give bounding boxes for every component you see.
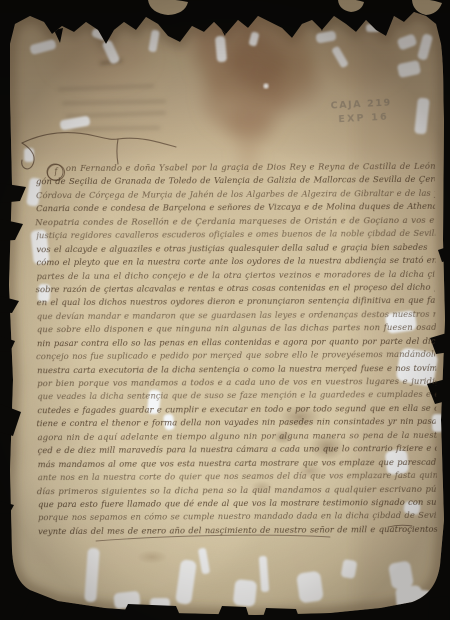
manuscript-line: Córdova de Córçega de Murçia de Jahén de… bbox=[36, 187, 435, 203]
manuscript-line: sobre razón de çiertas alcavalas e renta… bbox=[36, 281, 435, 297]
manuscript-line: on Fernando e doña Ysabel por la graçia … bbox=[36, 160, 435, 176]
manuscript-text-block: on Fernando e doña Ysabel por la graçia … bbox=[36, 160, 437, 539]
manuscript-line: veynte días del mes de enero año del nas… bbox=[38, 523, 437, 539]
manuscript-line: agora nin de aquí adelante en tiempo alg… bbox=[37, 429, 436, 445]
manuscript-line: conçejo nos fue suplicado e pedido por m… bbox=[36, 348, 435, 364]
manuscript-line: que veades la dicha sentençia que de sus… bbox=[37, 388, 436, 404]
manuscript-line: que sobre ello disponen e que ninguna ni… bbox=[37, 321, 436, 337]
manuscript-line: porque nos sepamos en cómo se cumple nue… bbox=[38, 509, 437, 525]
manuscript-line: días primeros siguientes so la dicha pen… bbox=[37, 482, 436, 498]
manuscript-line: justiçia regidores cavalleros escuderos … bbox=[36, 227, 435, 243]
archive-photo: CAJA 219 EXP 16 f on Fernando e doña Ysa… bbox=[0, 0, 450, 620]
archive-box-number: CAJA 219 bbox=[330, 97, 392, 111]
archive-label: CAJA 219 EXP 16 bbox=[330, 96, 393, 127]
